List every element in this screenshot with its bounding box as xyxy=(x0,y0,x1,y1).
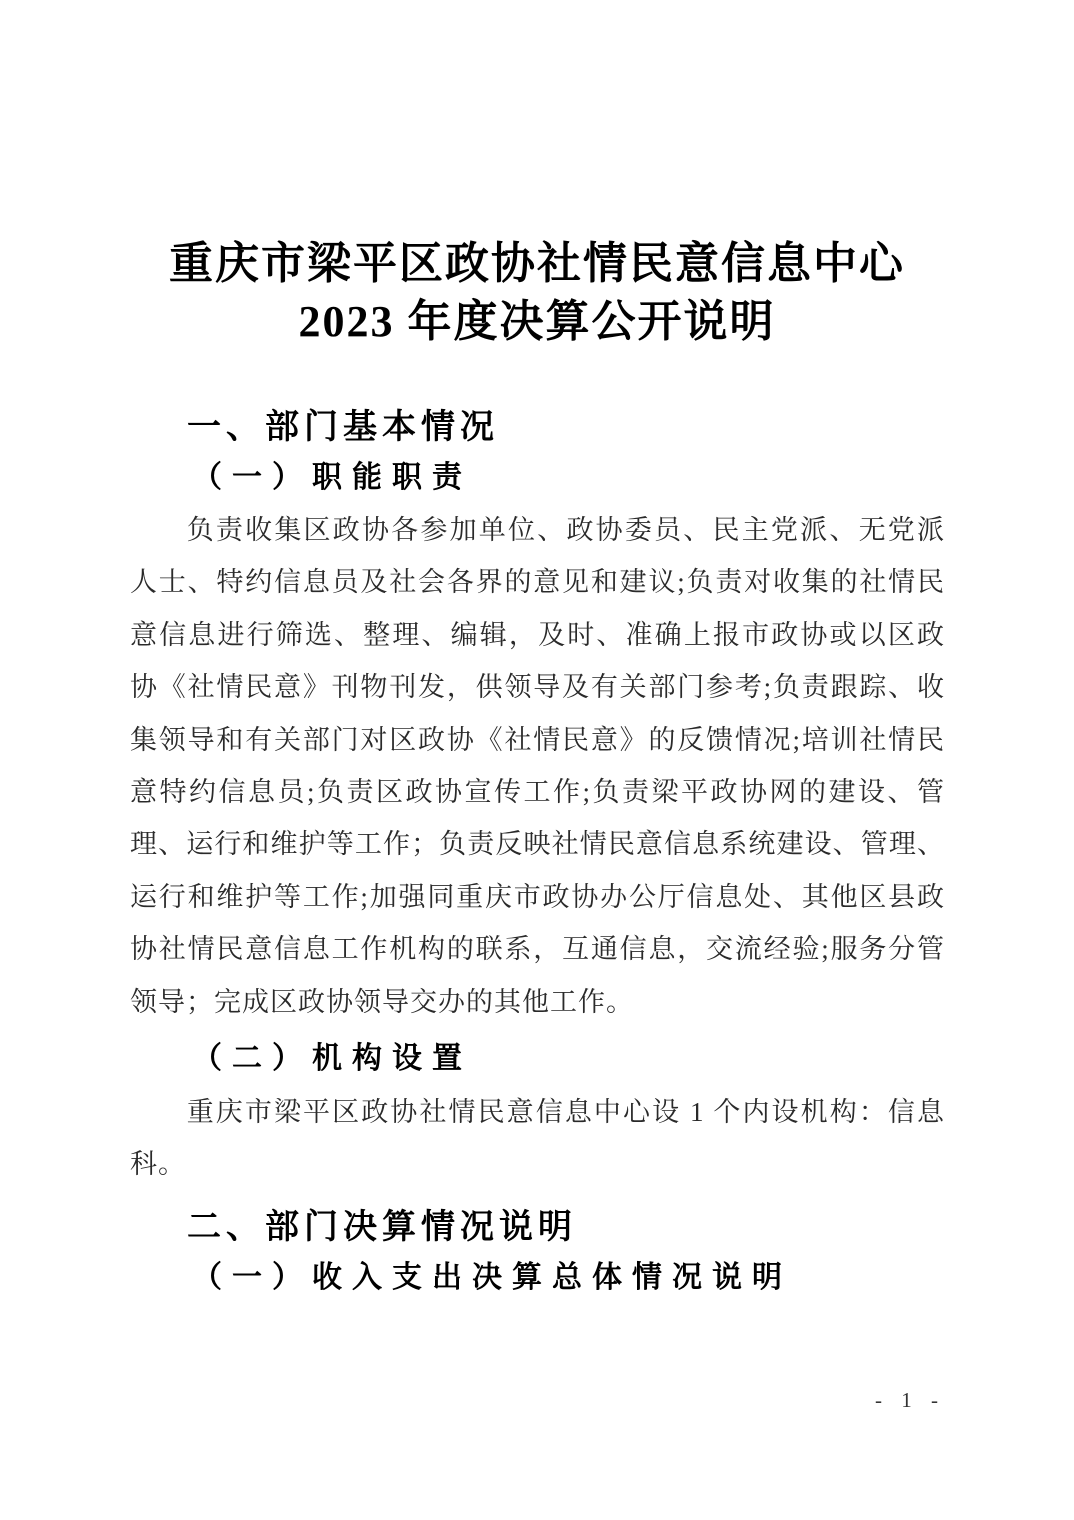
text-line: 运行和维护等工作;加强同重庆市政协办公厅信息处、其他区县政 xyxy=(130,871,945,923)
subsection-heading-budget-overview: （一）收入支出决算总体情况说明 xyxy=(130,1259,945,1297)
text-line: 人士、特约信息员及社会各界的意见和建议;负责对收集的社情民 xyxy=(130,556,945,608)
title-line-2: 2023 年度决算公开说明 xyxy=(0,293,1074,351)
text-line: 负责收集区政协各参加单位、政协委员、民主党派、无党派 xyxy=(130,504,945,556)
paragraph-functions-duties: 负责收集区政协各参加单位、政协委员、民主党派、无党派人士、特约信息员及社会各界的… xyxy=(130,504,945,1028)
page-number: - 1 - xyxy=(875,1388,945,1413)
document-page: 重庆市梁平区政协社情民意信息中心 2023 年度决算公开说明 一、部门基本情况 … xyxy=(0,0,1074,1520)
subsection-heading-organization: （二）机构设置 xyxy=(130,1040,945,1078)
text-line: 集领导和有关部门对区政协《社情民意》的反馈情况;培训社情民 xyxy=(130,714,945,766)
document-title: 重庆市梁平区政协社情民意信息中心 2023 年度决算公开说明 xyxy=(0,235,1074,351)
text-line: 重庆市梁平区政协社情民意信息中心设 1 个内设机构：信息 xyxy=(130,1086,945,1138)
section-heading-final-accounts: 二、部门决算情况说明 xyxy=(130,1206,945,1248)
text-line: 意特约信息员;负责区政协宣传工作;负责梁平政协网的建设、管 xyxy=(130,766,945,818)
paragraph-organization: 重庆市梁平区政协社情民意信息中心设 1 个内设机构：信息科。 xyxy=(130,1086,945,1191)
text-line: 协《社情民意》刊物刊发，供领导及有关部门参考;负责跟踪、收 xyxy=(130,661,945,713)
text-line: 协社情民意信息工作机构的联系，互通信息，交流经验;服务分管 xyxy=(130,923,945,975)
text-line: 意信息进行筛选、整理、编辑，及时、准确上报市政协或以区政 xyxy=(130,609,945,661)
subsection-heading-functions: （一）职能职责 xyxy=(130,459,945,497)
text-line: 领导；完成区政协领导交办的其他工作。 xyxy=(130,976,945,1028)
text-line: 科。 xyxy=(130,1138,945,1190)
text-line: 理、运行和维护等工作；负责反映社情民意信息系统建设、管理、 xyxy=(130,818,945,870)
title-line-1: 重庆市梁平区政协社情民意信息中心 xyxy=(0,235,1074,293)
section-heading-basic-info: 一、部门基本情况 xyxy=(130,406,945,448)
